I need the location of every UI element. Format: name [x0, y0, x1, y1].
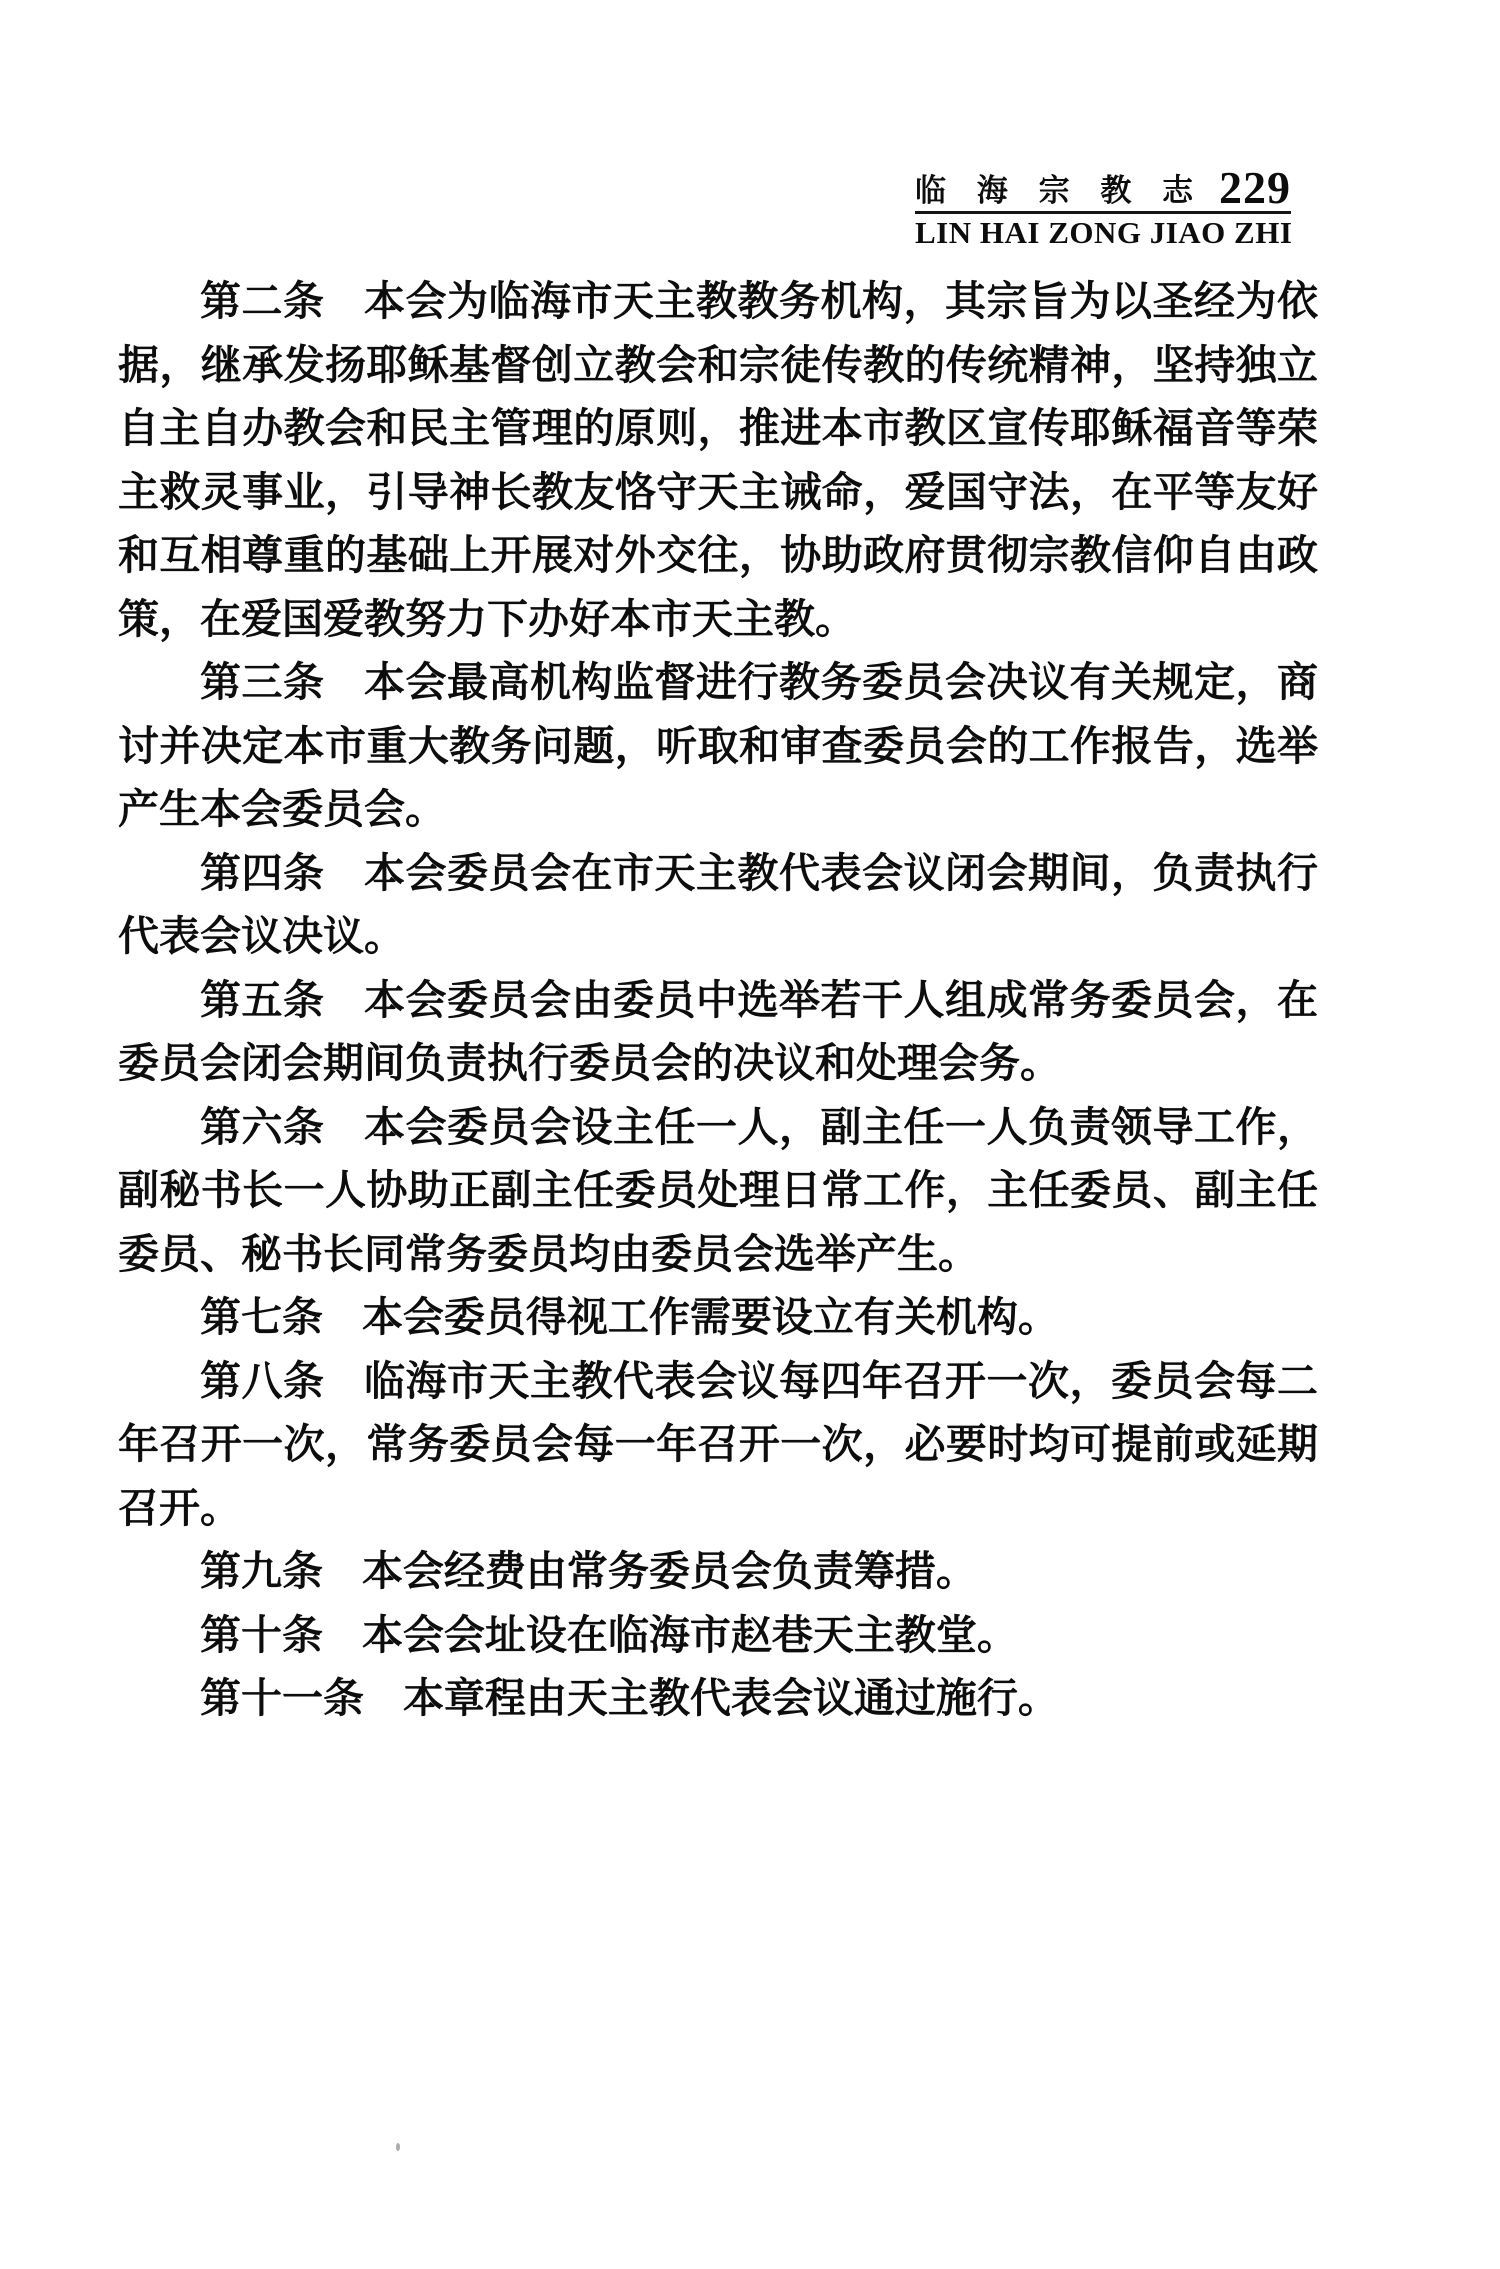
article-paragraph: 第十一条本章程由天主教代表会议通过施行。	[118, 1667, 1318, 1731]
book-title: 临 海 宗 教 志	[915, 168, 1203, 207]
article-label: 第十条	[200, 1611, 323, 1659]
scanned-book-page: 临 海 宗 教 志 229 LIN HAI ZONG JIAO ZHI 第二条本…	[0, 0, 1500, 2269]
article-text: 本会会址设在临海市赵巷天主教堂。	[362, 1611, 1018, 1659]
article-text: 本会经费由常务委员会负责筹措。	[362, 1547, 977, 1595]
article-text: 本会委员得视工作需要设立有关机构。	[362, 1293, 1059, 1341]
article-label: 第二条	[200, 277, 325, 325]
article-label: 第七条	[200, 1293, 323, 1341]
article-paragraph: 第九条本会经费由常务委员会负责筹措。	[118, 1540, 1318, 1604]
article-paragraph: 第二条本会为临海市天主教教务机构，其宗旨为以圣经为依据，继承发扬耶稣基督创立教会…	[118, 270, 1318, 651]
article-label: 第六条	[200, 1103, 325, 1151]
article-paragraph: 第四条本会委员会在市天主教代表会议闭会期间，负责执行代表会议决议。	[118, 842, 1318, 969]
article-label: 第五条	[200, 976, 325, 1024]
article-label: 第九条	[200, 1547, 323, 1595]
page-number: 229	[1219, 169, 1291, 207]
document-body: 第二条本会为临海市天主教教务机构，其宗旨为以圣经为依据，继承发扬耶稣基督创立教会…	[118, 270, 1318, 1731]
article-paragraph: 第八条临海市天主教代表会议每四年召开一次，委员会每二年召开一次，常务委员会每一年…	[118, 1350, 1318, 1541]
article-paragraph: 第三条本会最高机构监督进行教务委员会决议有关规定，商讨并决定本市重大教务问题，听…	[118, 651, 1318, 842]
article-label: 第八条	[200, 1357, 325, 1405]
book-title-romanized: LIN HAI ZONG JIAO ZHI	[915, 217, 1291, 248]
article-paragraph: 第十条本会会址设在临海市赵巷天主教堂。	[118, 1604, 1318, 1668]
article-paragraph: 第七条本会委员得视工作需要设立有关机构。	[118, 1286, 1318, 1350]
running-head: 临 海 宗 教 志 229 LIN HAI ZONG JIAO ZHI	[915, 168, 1291, 248]
article-label: 第三条	[200, 658, 325, 706]
article-label: 第四条	[200, 849, 325, 897]
scan-speck	[396, 2143, 400, 2151]
running-head-title-row: 临 海 宗 教 志 229	[915, 168, 1291, 214]
article-paragraph: 第五条本会委员会由委员中选举若干人组成常务委员会，在委员会闭会期间负责执行委员会…	[118, 969, 1318, 1096]
article-paragraph: 第六条本会委员会设主任一人，副主任一人负责领导工作，副秘书长一人协助正副主任委员…	[118, 1096, 1318, 1287]
article-label: 第十一条	[200, 1674, 364, 1722]
article-text: 本会为临海市天主教教务机构，其宗旨为以圣经为依据，继承发扬耶稣基督创立教会和宗徒…	[118, 277, 1318, 643]
article-text: 本章程由天主教代表会议通过施行。	[403, 1674, 1059, 1722]
